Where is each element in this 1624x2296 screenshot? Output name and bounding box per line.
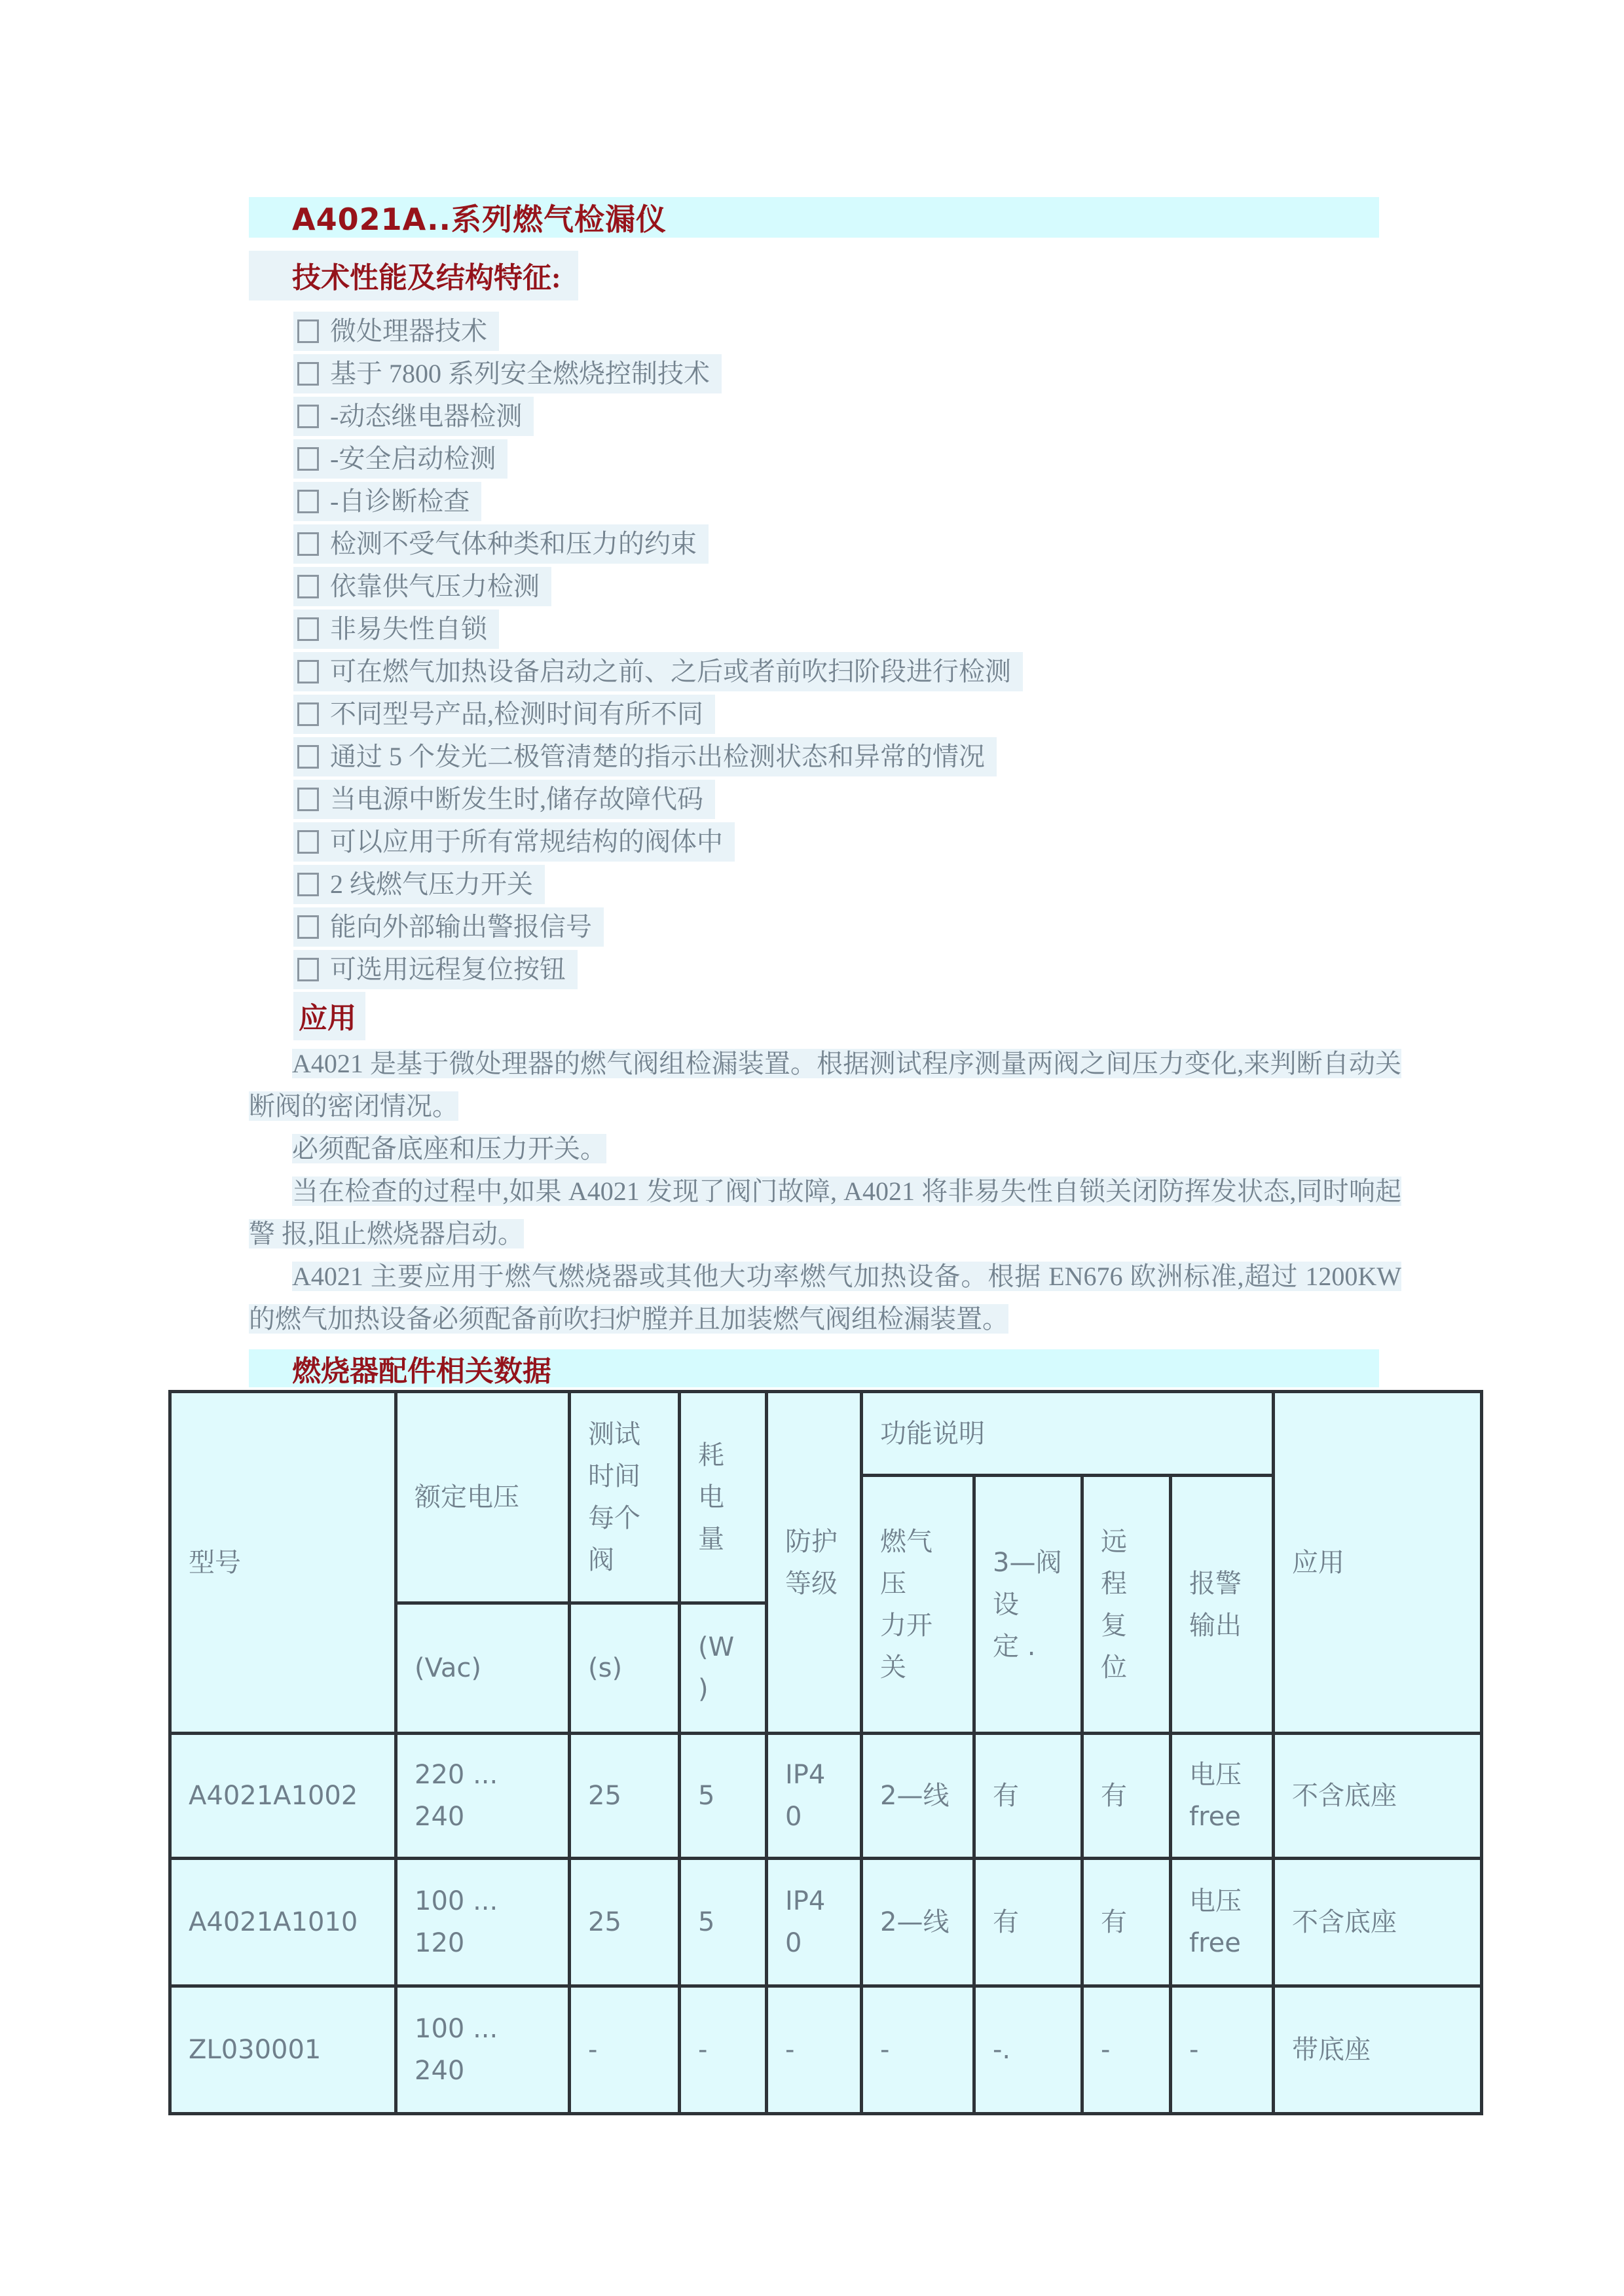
- features-heading: 技术性能及结构特征:: [249, 251, 578, 301]
- header-power-unit: (W ): [680, 1603, 767, 1734]
- page-title: A4021A..系列燃气检漏仪: [249, 196, 667, 239]
- header-test-time: 测试 时间 每个 阀: [570, 1392, 680, 1603]
- checkbox-icon: [297, 532, 319, 556]
- feature-item: -自诊断检查: [293, 480, 1624, 522]
- feature-text: 能向外部输出警报信号: [330, 911, 592, 943]
- header-function-description: 功能说明: [862, 1392, 1274, 1476]
- feature-item: 能向外部输出警报信号: [293, 905, 1624, 948]
- cell-three-valve-setting: -: [862, 1986, 974, 2114]
- header-alarm-output: 报警 输出: [1171, 1476, 1274, 1734]
- checkbox-icon: [297, 745, 319, 769]
- header-remote-reset: 远 程 复 位: [1082, 1476, 1171, 1734]
- application-heading-row: 应用: [293, 994, 1624, 1037]
- feature-text: 通过 5 个发光二极管清楚的指示出检测状态和异常的情况: [330, 740, 985, 773]
- cell-power: -: [680, 1986, 767, 2114]
- document-page: A4021A..系列燃气检漏仪 技术性能及结构特征: 微处理器技术 基于 780…: [0, 0, 1624, 2296]
- title-band: A4021A..系列燃气检漏仪: [249, 197, 1379, 238]
- header-rated-voltage: 额定电压: [396, 1392, 570, 1603]
- table-section-band: 燃烧器配件相关数据: [249, 1349, 1379, 1387]
- feature-item: 通过 5 个发光二极管清楚的指示出检测状态和异常的情况: [293, 735, 1624, 778]
- table-heading: 燃烧器配件相关数据: [249, 1347, 551, 1389]
- feature-text: 2 线燃气压力开关: [330, 868, 533, 901]
- paragraph: 必须配备底座和压力开关。: [249, 1127, 1401, 1170]
- checkbox-icon: [297, 447, 319, 471]
- cell-model: ZL030001: [170, 1986, 396, 2114]
- feature-text: 当电源中断发生时,储存故障代码: [330, 783, 703, 816]
- cell-model: A4021A1010: [170, 1859, 396, 1986]
- header-test-time-unit: (s): [570, 1603, 680, 1734]
- application-heading: 应用: [293, 992, 365, 1040]
- checkbox-icon: [297, 660, 319, 683]
- feature-text: 微处理器技术: [330, 315, 487, 348]
- cell-three-valve-setting: -.: [974, 1986, 1082, 2114]
- cell-alarm-output: 电压 free: [1171, 1859, 1274, 1986]
- checkbox-icon: [297, 915, 319, 939]
- cell-power: 5: [680, 1859, 767, 1986]
- feature-item: 微处理器技术: [293, 310, 1624, 352]
- feature-item: -动态继电器检测: [293, 395, 1624, 437]
- cell-protection: -: [767, 1986, 862, 2114]
- feature-item: 基于 7800 系列安全燃烧控制技术: [293, 352, 1624, 395]
- feature-text: -自诊断检查: [330, 485, 470, 518]
- cell-power: 5: [680, 1734, 767, 1859]
- cell-protection: IP4 0: [767, 1734, 862, 1859]
- cell-three-valve-setting: 有: [974, 1859, 1082, 1986]
- cell-application: 不含底座: [1274, 1734, 1482, 1859]
- cell-remote-reset: -: [1082, 1986, 1171, 2114]
- feature-item: 当电源中断发生时,储存故障代码: [293, 778, 1624, 820]
- header-protection: 防护 等级: [767, 1392, 862, 1734]
- checkbox-icon: [297, 405, 319, 428]
- feature-list: 微处理器技术 基于 7800 系列安全燃烧控制技术 -动态继电器检测 -安全启动…: [293, 310, 1624, 991]
- table-row: A4021A1010 100 ... 120 25 5 IP4 0 2—线 有 …: [170, 1859, 1482, 1986]
- feature-item: 可选用远程复位按钮: [293, 948, 1624, 991]
- feature-item: 可在燃气加热设备启动之前、之后或者前吹扫阶段进行检测: [293, 650, 1624, 693]
- checkbox-icon: [297, 575, 319, 598]
- paragraph: 当在检查的过程中,如果 A4021 发现了阀门故障, A4021 将非易失性自锁…: [249, 1170, 1401, 1255]
- cell-gas-pressure-switch: 2—线: [862, 1734, 974, 1859]
- cell-alarm-output: 电压 free: [1171, 1734, 1274, 1859]
- feature-text: 可以应用于所有常规结构的阀体中: [330, 826, 723, 858]
- feature-text: 依靠供气压力检测: [330, 570, 540, 603]
- cell-gas-pressure-switch: 2—线: [862, 1859, 974, 1986]
- cell-voltage: 100 ... 240: [396, 1986, 570, 2114]
- checkbox-icon: [297, 958, 319, 981]
- feature-item: -安全启动检测: [293, 437, 1624, 480]
- feature-text: 基于 7800 系列安全燃烧控制技术: [330, 357, 710, 390]
- cell-alarm-output: -: [1171, 1986, 1274, 2114]
- checkbox-icon: [297, 702, 319, 726]
- checkbox-icon: [297, 319, 319, 343]
- paragraph-text: 当在检查的过程中,如果 A4021 发现了阀门故障, A4021 将非易失性自锁…: [249, 1176, 1401, 1248]
- header-gas-pressure-switch: 燃气 压 力开 关: [862, 1476, 974, 1734]
- table-row: A4021A1002 220 ... 240 25 5 IP4 0 2—线 有 …: [170, 1734, 1482, 1859]
- feature-text: 检测不受气体种类和压力的约束: [330, 528, 697, 560]
- feature-text: -安全启动检测: [330, 443, 496, 475]
- paragraph: A4021 主要应用于燃气燃烧器或其他大功率燃气加热设备。根据 EN676 欧洲…: [249, 1255, 1401, 1340]
- cell-test-time: 25: [570, 1859, 680, 1986]
- feature-text: 可选用远程复位按钮: [330, 953, 566, 986]
- checkbox-icon: [297, 362, 319, 386]
- header-application: 应用: [1274, 1392, 1482, 1734]
- cell-test-time: -: [570, 1986, 680, 2114]
- cell-voltage: 220 ... 240: [396, 1734, 570, 1859]
- checkbox-icon: [297, 830, 319, 854]
- checkbox-icon: [297, 873, 319, 896]
- header-voltage-unit: (Vac): [396, 1603, 570, 1734]
- feature-item: 2 线燃气压力开关: [293, 863, 1624, 905]
- features-heading-row: 技术性能及结构特征:: [249, 251, 1624, 301]
- cell-voltage: 100 ... 120: [396, 1859, 570, 1986]
- feature-item: 检测不受气体种类和压力的约束: [293, 522, 1624, 565]
- cell-test-time: 25: [570, 1734, 680, 1859]
- checkbox-icon: [297, 788, 319, 811]
- feature-text: -动态继电器检测: [330, 400, 522, 433]
- table-header-row-1: 型号 额定电压 测试 时间 每个 阀 耗 电 量 防护 等级 功能说明 应用: [170, 1392, 1482, 1476]
- cell-model: A4021A1002: [170, 1734, 396, 1859]
- checkbox-icon: [297, 617, 319, 641]
- paragraph-text: 必须配备底座和压力开关。: [292, 1134, 606, 1163]
- checkbox-icon: [297, 490, 319, 513]
- feature-item: 不同型号产品,检测时间有所不同: [293, 693, 1624, 735]
- paragraph-text: A4021 是基于微处理器的燃气阀组检漏装置。根据测试程序测量两阀之间压力变化,…: [249, 1049, 1401, 1121]
- paragraph-text: A4021 主要应用于燃气燃烧器或其他大功率燃气加热设备。根据 EN676 欧洲…: [249, 1262, 1401, 1334]
- cell-remote-reset: 有: [1082, 1859, 1171, 1986]
- feature-text: 可在燃气加热设备启动之前、之后或者前吹扫阶段进行检测: [330, 655, 1011, 688]
- table-row: ZL030001 100 ... 240 - - - - -. - - 带底座: [170, 1986, 1482, 2114]
- header-three-valve-setting: 3—阀 设 定 .: [974, 1476, 1082, 1734]
- cell-application: 带底座: [1274, 1986, 1482, 2114]
- spec-table: 型号 额定电压 测试 时间 每个 阀 耗 电 量 防护 等级 功能说明 应用 燃…: [168, 1390, 1483, 2115]
- paragraph: A4021 是基于微处理器的燃气阀组检漏装置。根据测试程序测量两阀之间压力变化,…: [249, 1042, 1401, 1127]
- feature-item: 依靠供气压力检测: [293, 565, 1624, 608]
- cell-three-valve-setting: 有: [974, 1734, 1082, 1859]
- header-power: 耗 电 量: [680, 1392, 767, 1603]
- feature-item: 可以应用于所有常规结构的阀体中: [293, 820, 1624, 863]
- cell-application: 不含底座: [1274, 1859, 1482, 1986]
- application-paragraphs: A4021 是基于微处理器的燃气阀组检漏装置。根据测试程序测量两阀之间压力变化,…: [249, 1042, 1401, 1340]
- feature-text: 非易失性自锁: [330, 613, 487, 646]
- cell-protection: IP4 0: [767, 1859, 862, 1986]
- cell-remote-reset: 有: [1082, 1734, 1171, 1859]
- feature-item: 非易失性自锁: [293, 608, 1624, 650]
- feature-text: 不同型号产品,检测时间有所不同: [330, 698, 703, 731]
- header-model: 型号: [170, 1392, 396, 1734]
